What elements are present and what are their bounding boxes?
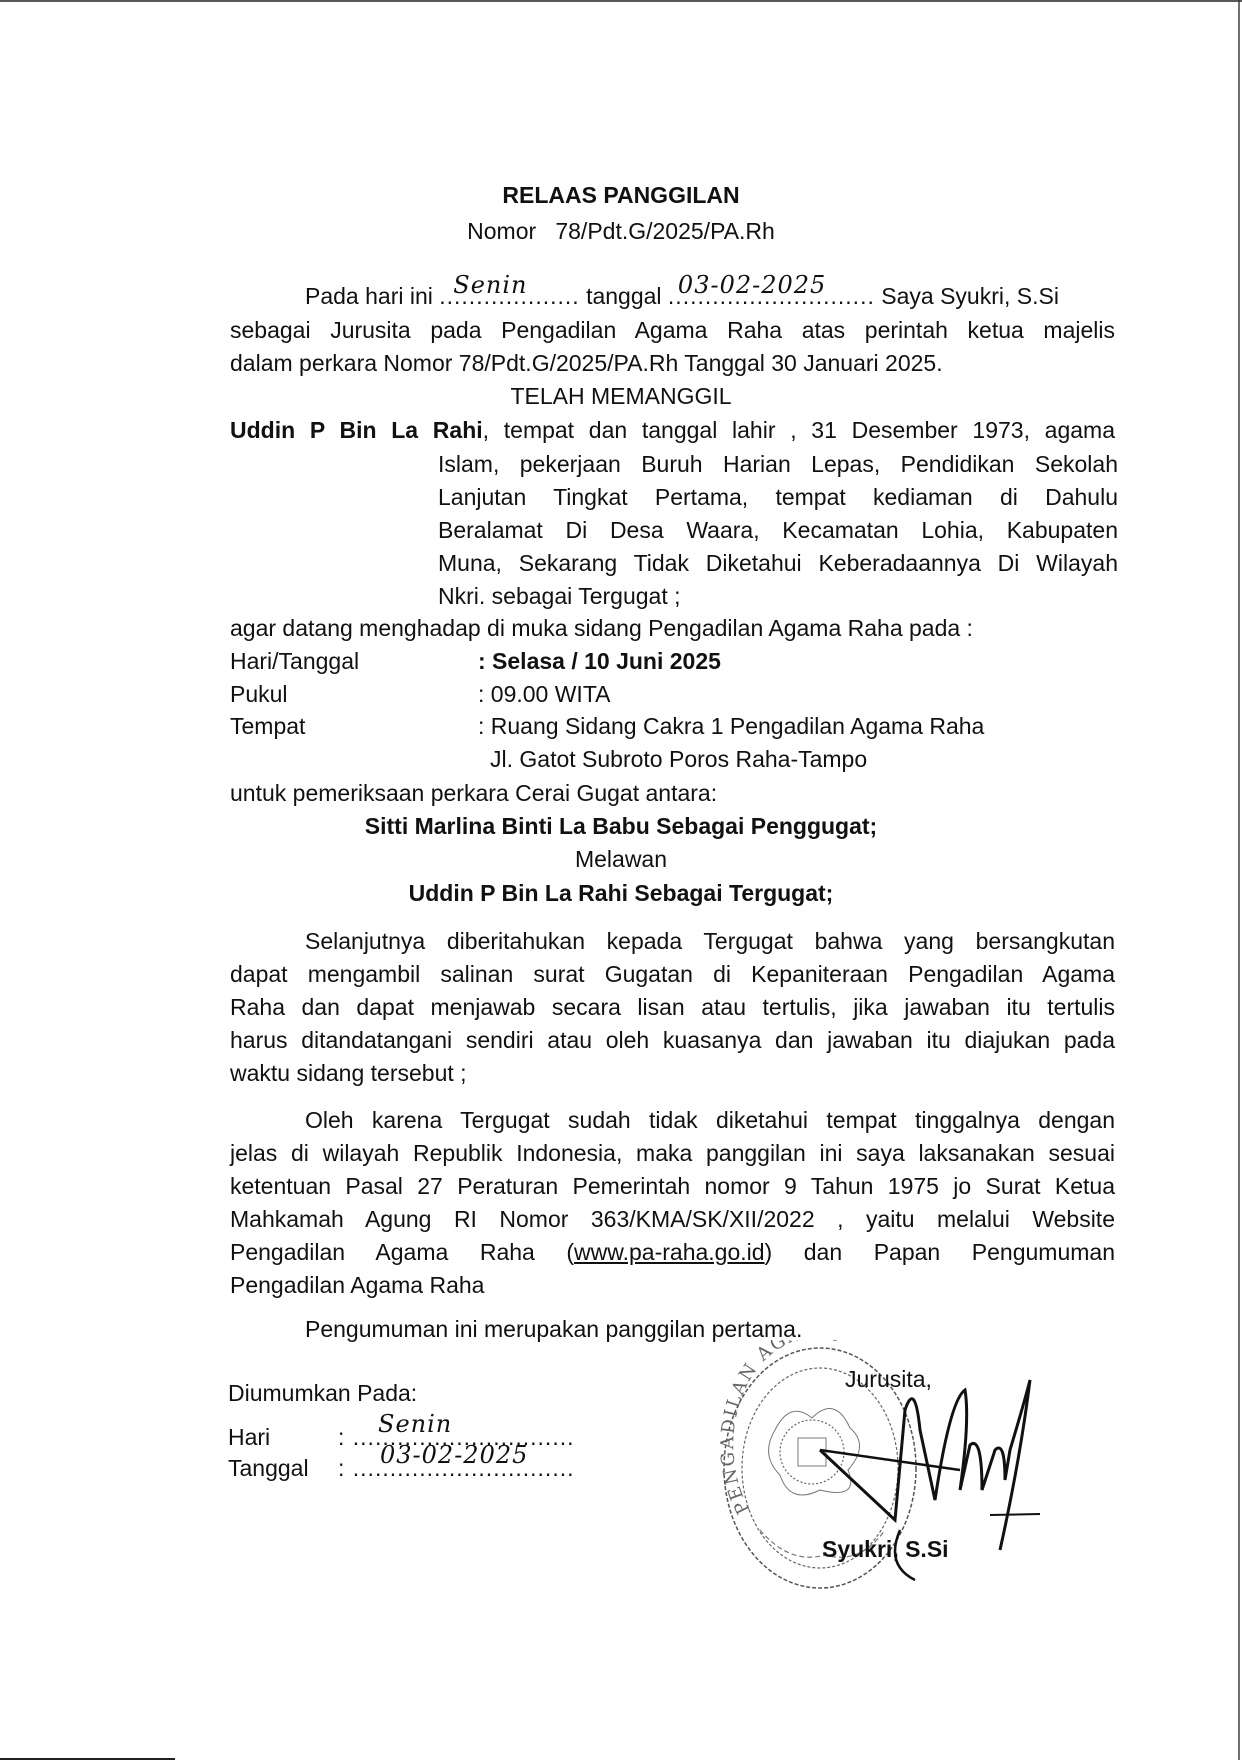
tanggal-label: tanggal <box>586 283 661 309</box>
announced-date-label: Tanggal <box>228 1455 309 1482</box>
announced-day-label: Hari <box>228 1424 270 1451</box>
telah-memanggil-heading: TELAH MEMANGGIL <box>0 383 1242 410</box>
schedule-value-date: : Selasa / 10 Juni 2025 <box>478 648 721 675</box>
handwritten-day: Senin <box>453 271 527 299</box>
case-intro: untuk pemeriksaan perkara Cerai Gugat an… <box>230 780 717 807</box>
schedule-value-place: : Ruang Sidang Cakra 1 Pengadilan Agama … <box>478 713 984 740</box>
document-number: Nomor 78/Pdt.G/2025/PA.Rh <box>0 218 1242 245</box>
paragraph-line: Raha dan dapat menjawab secara lisan ata… <box>230 991 1115 1024</box>
schedule-label-place: Tempat <box>230 713 305 740</box>
party-detail-line: Muna, Sekarang Tidak Diketahui Keberadaa… <box>438 547 1118 580</box>
hari-fill-field: ..Senin................. <box>439 283 579 309</box>
intro-line-1: Pada hari ini ..Senin................. t… <box>305 283 1059 310</box>
scan-edge-top <box>0 0 1242 2</box>
announced-heading: Diumumkan Pada: <box>228 1380 417 1407</box>
signature-name: Syukri, S.Si <box>822 1536 949 1563</box>
schedule-label-time: Pukul <box>230 681 288 708</box>
paragraph-line: ketentuan Pasal 27 Peraturan Pemerintah … <box>230 1170 1115 1203</box>
paragraph-line: jelas di wilayah Republik Indonesia, mak… <box>230 1137 1115 1170</box>
intro-line-2: sebagai Jurusita pada Pengadilan Agama R… <box>230 314 1115 347</box>
paragraph-line-website: Pengadilan Agama Raha (www.pa-raha.go.id… <box>230 1236 1115 1269</box>
party-name: Uddin P Bin La Rahi <box>230 417 483 443</box>
announced-date-field: : ..............................03-02-20… <box>338 1455 574 1482</box>
schedule-label-date: Hari/Tanggal <box>230 648 359 675</box>
paragraph-notice: Selanjutnya diberitahukan kepada Terguga… <box>230 925 1115 1090</box>
party-first-line: Uddin P Bin La Rahi, tempat dan tanggal … <box>230 417 1115 444</box>
party-detail-line: Beralamat Di Desa Waara, Kecamatan Lohia… <box>438 514 1118 547</box>
number-label: Nomor <box>467 218 536 244</box>
party-detail-line: Lanjutan Tingkat Pertama, tempat kediama… <box>438 481 1118 514</box>
defendant-line: Uddin P Bin La Rahi Sebagai Tergugat; <box>0 880 1242 907</box>
document-title: RELAAS PANGGILAN <box>0 182 1242 209</box>
intro-body: sebagai Jurusita pada Pengadilan Agama R… <box>230 314 1115 380</box>
number-value: 78/Pdt.G/2025/PA.Rh <box>555 218 775 244</box>
closing-statement: Pengumuman ini merupakan panggilan perta… <box>305 1316 802 1343</box>
party-birth-info: , tempat dan tanggal lahir , 31 Desember… <box>483 417 1115 443</box>
website-suffix: ) dan Papan Pengumuman <box>765 1239 1115 1265</box>
paragraph-line: Mahkamah Agung RI Nomor 363/KMA/SK/XII/2… <box>230 1203 1115 1236</box>
party-detail-line: Islam, pekerjaan Buruh Harian Lepas, Pen… <box>438 448 1118 481</box>
website-link[interactable]: www.pa-raha.go.id <box>574 1239 765 1265</box>
summons-intro: agar datang menghadap di muka sidang Pen… <box>230 615 973 642</box>
party-details: Islam, pekerjaan Buruh Harian Lepas, Pen… <box>438 448 1118 613</box>
tanggal-fill-field: ..03-02-2025.......................... <box>668 283 875 309</box>
paragraph-line: Oleh karena Tergugat sudah tidak diketah… <box>230 1104 1115 1137</box>
handwritten-announced-day: Senin <box>378 1410 452 1438</box>
handwritten-date: 03-02-2025 <box>678 271 826 299</box>
handwritten-announced-date: 03-02-2025 <box>380 1441 528 1469</box>
party-detail-line: Nkri. sebagai Tergugat ; <box>438 580 1118 613</box>
website-prefix: Pengadilan Agama Raha ( <box>230 1239 574 1265</box>
paragraph-legal-basis: Oleh karena Tergugat sudah tidak diketah… <box>230 1104 1115 1302</box>
paragraph-line: Selanjutnya diberitahukan kepada Terguga… <box>230 925 1115 958</box>
intro-line-3: dalam perkara Nomor 78/Pdt.G/2025/PA.Rh … <box>230 347 1115 380</box>
paragraph-line: dapat mengambil salinan surat Gugatan di… <box>230 958 1115 991</box>
pada-hari-ini-label: Pada hari ini <box>305 283 433 309</box>
paragraph-line: harus ditandatangani sendiri atau oleh k… <box>230 1024 1115 1057</box>
document-page: RELAAS PANGGILAN Nomor 78/Pdt.G/2025/PA.… <box>0 0 1242 1760</box>
paragraph-line: waktu sidang tersebut ; <box>230 1057 1115 1090</box>
officer-statement: Saya Syukri, S.Si <box>881 283 1059 309</box>
signature-role: Jurusita, <box>845 1366 932 1393</box>
plaintiff-line: Sitti Marlina Binti La Babu Sebagai Peng… <box>0 813 1242 840</box>
versus-line: Melawan <box>0 846 1242 873</box>
paragraph-line: Pengadilan Agama Raha <box>230 1269 1115 1302</box>
schedule-value-time: : 09.00 WITA <box>478 681 611 708</box>
schedule-address: Jl. Gatot Subroto Poros Raha-Tampo <box>490 746 867 773</box>
